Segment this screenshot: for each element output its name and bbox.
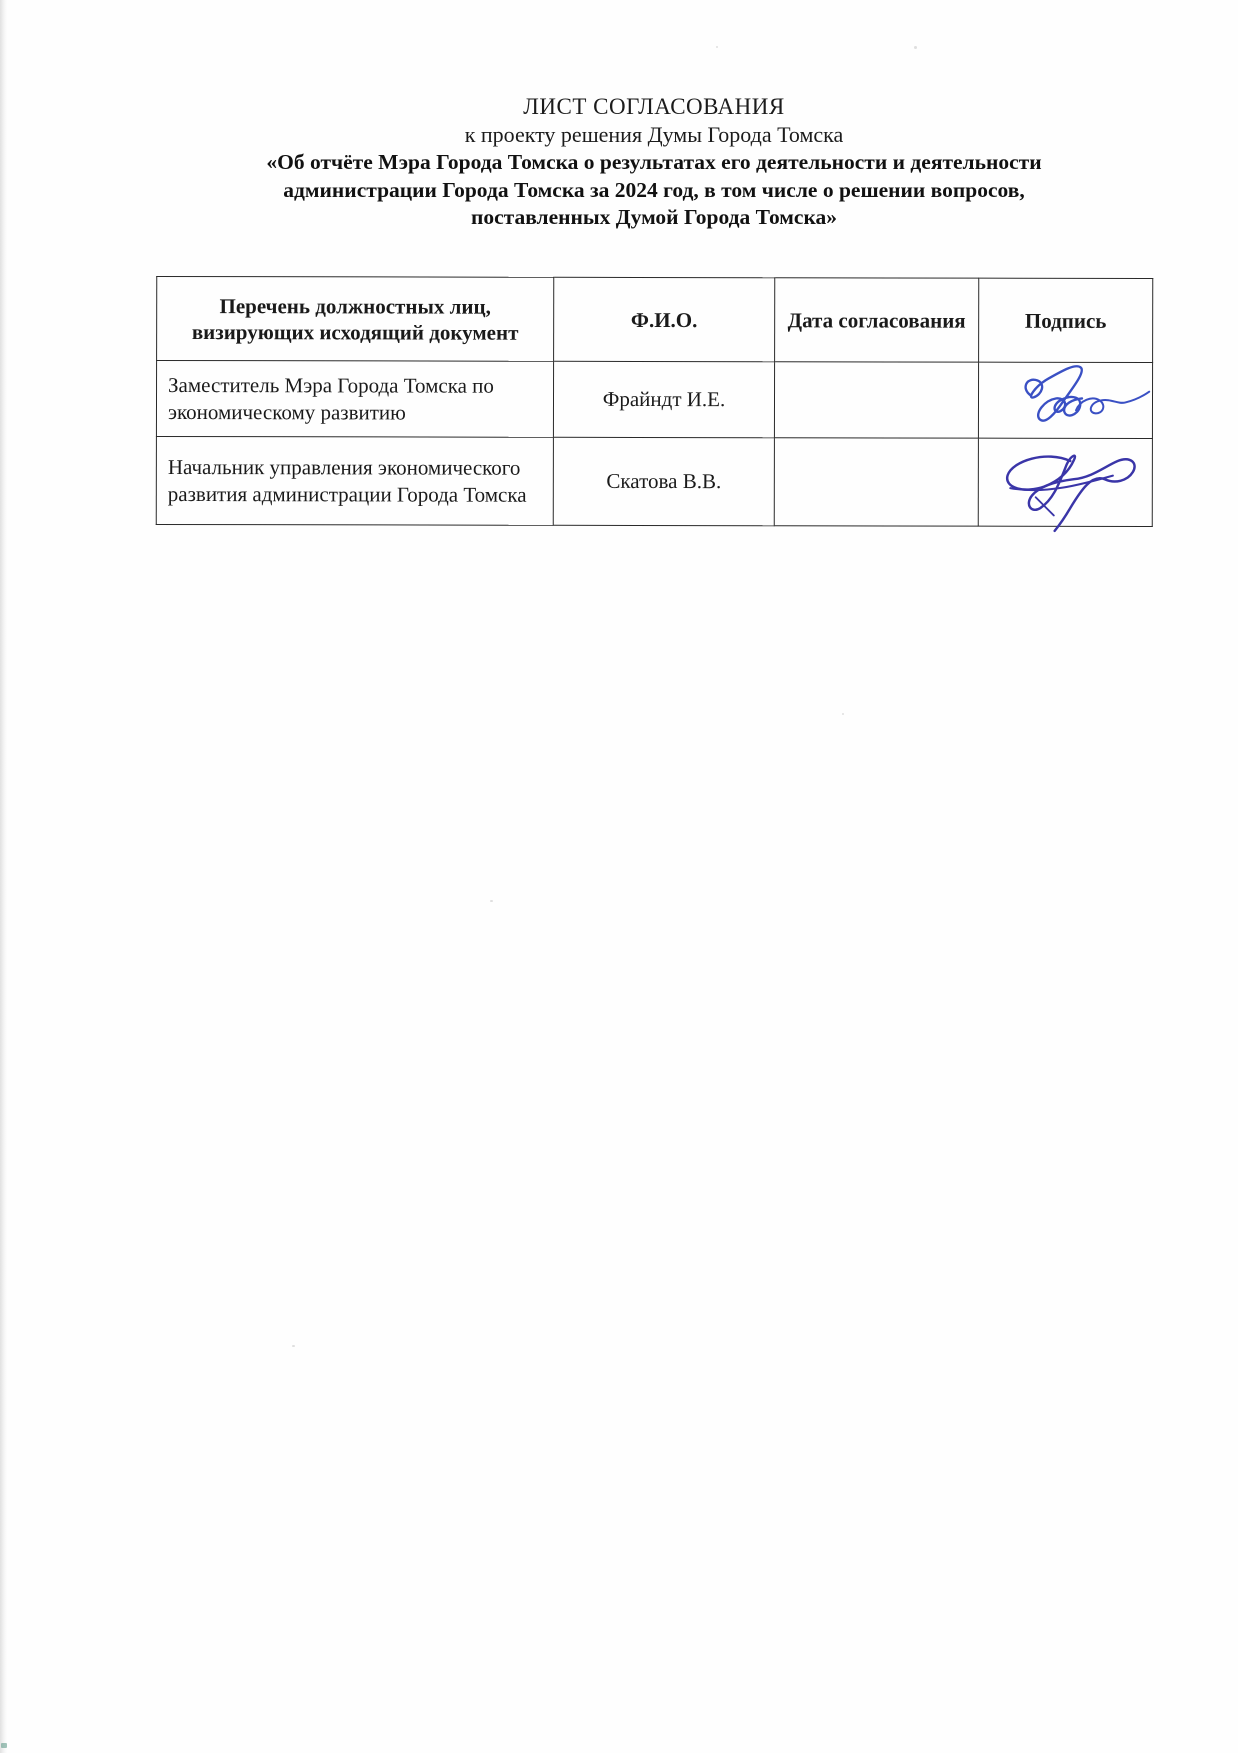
resolution-quote: «Об отчёте Мэра Города Томска о результа… [156,149,1152,232]
scan-speck [842,713,844,715]
header-date: Дата согласования [775,277,979,361]
approval-table: Перечень должностных лиц, визирующих исх… [156,275,1154,526]
header-name: Ф.И.О. [554,277,775,361]
header-position: Перечень должностных лиц, визирующих исх… [157,276,554,361]
header-signature: Подпись [979,278,1153,362]
date-cell [774,437,978,525]
resolution-quote-line-1: «Об отчёте Мэра Города Томска о результа… [156,149,1152,177]
document-subtitle: к проекту решения Думы Города Томска [156,121,1152,149]
resolution-quote-line-3: поставленных Думой Города Томска» [156,204,1152,232]
table-row: Заместитель Мэра Города Томска по эконом… [156,360,1152,438]
approval-table-header: Перечень должностных лиц, визирующих исх… [157,276,1153,362]
position-cell: Заместитель Мэра Города Томска по эконом… [156,360,553,437]
position-cell: Начальник управления экономического разв… [156,436,553,525]
resolution-quote-line-2: администрации Города Томска за 2024 год,… [156,177,1152,205]
document-title: ЛИСТ СОГЛАСОВАНИЯ [156,93,1152,121]
signature-cell [978,362,1152,438]
signature-ink-row2 [983,442,1165,560]
date-cell [774,361,978,437]
document-header: ЛИСТ СОГЛАСОВАНИЯ к проекту решения Думы… [156,0,1152,232]
scan-edge-artifact [0,0,7,1753]
scan-speck [292,1345,295,1347]
name-cell: Фрайндт И.Е. [553,361,774,437]
document-page: ЛИСТ СОГЛАСОВАНИЯ к проекту решения Думы… [156,0,1152,526]
name-cell: Скатова В.В. [553,437,774,525]
scan-speck-corner [1,1743,7,1748]
signature-cell [978,438,1152,526]
scan-speck [490,900,493,902]
table-row: Начальник управления экономического разв… [156,436,1152,526]
signature-ink-row1 [1005,358,1157,442]
